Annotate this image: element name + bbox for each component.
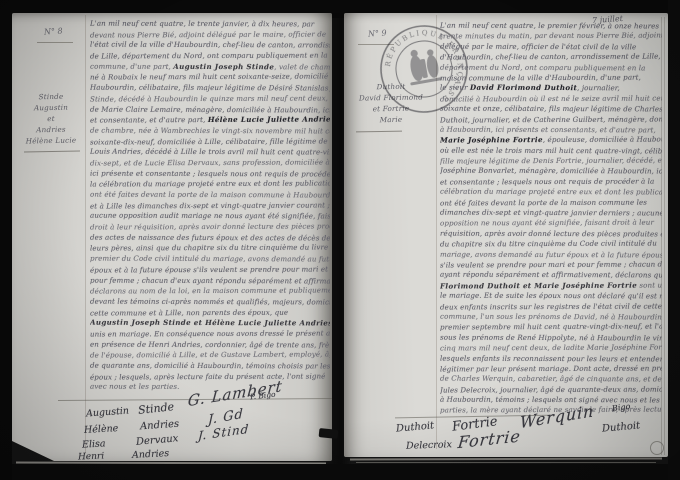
- text-segment: lesquels enfants ils reconnaissent pour …: [440, 353, 662, 363]
- text-segment: trente minutes du matin, par devant nous…: [440, 31, 662, 41]
- bold-name-segment: Augustin Joseph Stinde et Hélène Lucie J…: [90, 318, 330, 328]
- text-segment: ayant répondu séparément et affirmativem…: [440, 270, 662, 280]
- page-right: 7 juillet N° 9 DuthoitDavid Florimondet …: [344, 13, 668, 457]
- text-segment: de quarante ans, domicilié à Haubourdin,…: [90, 361, 330, 371]
- text-line: premier septembre mil huit cent quatre-v…: [440, 322, 662, 333]
- text-segment: à Haubourdin, ici présents et consentant…: [440, 125, 656, 135]
- text-line: dix-sept, et de Lucie Elisa Dervaux, san…: [90, 157, 330, 169]
- text-segment: le mariage. Et de suite les époux nous o…: [440, 291, 662, 301]
- text-line: et consentante, et d'autre part, Hélène …: [90, 115, 330, 127]
- text-line: Stinde, décédé à Haubourdin le quinze ma…: [90, 93, 330, 105]
- text-segment: de Lille, département du Nord, ont compa…: [90, 50, 330, 60]
- act-number-left: N° 8: [44, 27, 63, 37]
- text-line: devant les témoins ci-après nommés et qu…: [90, 296, 330, 308]
- text-segment: unis en mariage. En conséquence nous avo…: [90, 328, 330, 338]
- text-line: le sieur David Florimond Duthoit, journa…: [440, 83, 662, 94]
- text-line: Marie Joséphine Fortrie, épouleuse, domi…: [440, 135, 662, 146]
- photo-border-right: [668, 0, 680, 480]
- text-segment: délégué par le maire, officier de l'état…: [440, 41, 636, 51]
- margin-name-line: Hélène Lucie: [20, 134, 82, 146]
- text-segment: , journalier,: [577, 83, 620, 92]
- margin-rule: [85, 15, 86, 453]
- text-segment: Duthoit, journalier, et de Catherine Gui…: [440, 114, 662, 124]
- text-line: Augustin Joseph Stinde et Hélène Lucie J…: [90, 318, 330, 330]
- signature: Stinde: [137, 400, 174, 417]
- text-line: ayant répondu séparément et affirmativem…: [440, 270, 662, 281]
- signature: Augustin: [86, 406, 130, 420]
- text-segment: avec nous et les parties.: [90, 382, 180, 391]
- text-segment: commune, l'un sous les prénoms de David,…: [440, 312, 662, 322]
- text-segment: ici présente et consentante ; lesquels n…: [90, 168, 330, 178]
- signature: Andries: [140, 419, 180, 433]
- text-segment: leurs pères, ainsi que du chapitre six d…: [90, 243, 328, 253]
- text-segment: domicilié à Haubourdin où il est né le s…: [440, 93, 662, 103]
- margin-names-left: StindeAugustinetAndriesHélène Lucie: [20, 91, 82, 146]
- text-line: premier du Code civil intitulé du mariag…: [90, 254, 330, 266]
- text-segment: Stinde, décédé à Haubourdin le quinze ma…: [90, 93, 330, 103]
- text-segment: époux et à la future épouse s'ils veulen…: [90, 264, 328, 274]
- act-number-underline: [37, 42, 73, 43]
- text-segment: premier septembre mil huit cent quatre-v…: [440, 322, 662, 332]
- text-segment: soixante-dix-neuf, domiciliée à Lille, c…: [90, 136, 330, 146]
- text-line: deux enfants inscrits sur les registres …: [440, 301, 662, 312]
- photo-border-bottom: [0, 464, 680, 480]
- text-segment: , valet de chambre,: [274, 62, 330, 71]
- text-segment: pour femme ; chacun d'eux ayant répondu …: [90, 275, 330, 285]
- text-segment: légitimer par leur présent mariage. Dont…: [440, 363, 662, 373]
- page-left: N° 8 StindeAugustinetAndriesHélène Lucie…: [12, 13, 332, 461]
- signature: Elisa: [82, 438, 106, 450]
- text-segment: commune, d'une part,: [90, 61, 173, 70]
- signature: Delecroix: [406, 439, 452, 452]
- text-segment: Haubourdin, célibataire, fils majeur lég…: [90, 83, 330, 93]
- bold-name-segment: Florimond Duthoit et Marie Joséphine For…: [440, 280, 637, 290]
- text-segment: déclarons au nom de la loi, en la maison…: [90, 286, 330, 296]
- text-line: d'Haubourdin, chef-lieu de canton, arron…: [440, 52, 662, 63]
- text-line: opposition ne nous ayant été signifiée, …: [440, 218, 662, 229]
- text-segment: du chapitre six du titre cinquième du Co…: [440, 239, 657, 249]
- text-segment: et à Lille les dimanches dix-sept et vin…: [90, 200, 330, 210]
- text-line: de Charles Werquin, cabaretier, âgé de c…: [440, 374, 662, 385]
- photo-border-top: [0, 0, 680, 13]
- text-line: département du Nord, ont comparu publiqu…: [440, 62, 662, 73]
- text-line: déclarons au nom de la loi, en la maison…: [90, 286, 330, 298]
- text-segment: l'état civil de la ville d'Haubourdin, c…: [90, 40, 330, 50]
- text-segment: devant nous Pierre Bié, adjoint délégué …: [90, 29, 326, 39]
- text-segment: deux enfants inscrits sur les registres …: [440, 301, 662, 311]
- text-segment: cinq mars mil neuf cent deux, de ladite …: [440, 343, 662, 353]
- signature: Andries: [132, 448, 170, 461]
- text-segment: devant les témoins ci-après nommés et qu…: [90, 296, 330, 306]
- text-segment: réquisition, après avoir donné lecture d…: [440, 228, 662, 238]
- bold-name-segment: Hélène Lucie Juliette Andries: [208, 115, 330, 125]
- text-segment: L'an mil neuf cent quatre, le trente jan…: [90, 19, 314, 28]
- text-segment: époux ; lesquels, après lecture faite du…: [90, 371, 325, 381]
- text-segment: de chambre, née à Wambrechies le vingt-s…: [90, 125, 330, 135]
- margin-underline: [24, 151, 80, 153]
- page-edge: [350, 457, 662, 460]
- signature: Hélène: [84, 423, 119, 436]
- text-segment: en présence de Henri Andries, cordonnier…: [90, 339, 330, 349]
- text-segment: sont unis par: [637, 280, 662, 289]
- text-segment: aucune opposition audit mariage ne nous …: [90, 211, 330, 221]
- text-segment: Jules Delecroix, journalier, âgé de quar…: [440, 384, 662, 394]
- text-segment: de Charles Werquin, cabaretier, âgé de c…: [440, 374, 662, 384]
- text-segment: département du Nord, ont comparu publiqu…: [440, 62, 645, 72]
- signature-flourish: J. Stind: [198, 422, 250, 443]
- text-segment: des actes de naissance des futurs époux …: [90, 232, 330, 242]
- text-segment: né à Roubaix le neuf mars mil huit cent …: [90, 72, 330, 82]
- text-segment: fille majeure légitime de Denis Fortrie,…: [440, 156, 662, 166]
- text-segment: de l'épouse, domicilié à Lille, et de Gu…: [90, 350, 330, 360]
- text-segment: ont été faites devant la porte de la mai…: [90, 190, 330, 200]
- text-segment: s'ils veulent se prendre pour mari et po…: [440, 259, 662, 269]
- text-line: célébration du mariage projeté entre eux…: [440, 187, 662, 198]
- page-edge: [356, 462, 656, 463]
- margin-underline: [356, 131, 402, 133]
- text-segment: d'Haubourdin, chef-lieu de canton, arron…: [440, 52, 661, 62]
- text-line: de chambre, née à Wambrechies le vingt-s…: [90, 125, 330, 137]
- signature: Duthoit: [602, 420, 641, 434]
- text-segment: de Marie Claire Lemaire, ménagère, domic…: [90, 104, 330, 114]
- text-segment: ont été faites devant la porte de la mai…: [440, 197, 647, 207]
- text-segment: , épouleuse, domiciliée à Haubourdin,: [543, 135, 662, 145]
- corner-blemish: [650, 441, 664, 455]
- text-segment: maison commune de la ville d'Haubourdin,…: [440, 73, 641, 83]
- text-line: Haubourdin, célibataire, fils majeur lég…: [90, 83, 330, 95]
- text-line: de Lille, département du Nord, ont compa…: [90, 51, 330, 63]
- text-segment: mariage, avons demandé au futur époux et…: [440, 249, 662, 259]
- text-segment: cette commune et à Lille, non parents de…: [90, 307, 288, 317]
- text-segment: L'an mil neuf cent quatre, le premier fé…: [440, 21, 659, 30]
- stamp-emblem: [405, 46, 443, 86]
- text-line: trente minutes du matin, par devant nous…: [440, 31, 662, 42]
- act-text-right: L'an mil neuf cent quatre, le premier fé…: [440, 21, 662, 416]
- text-line: de quarante ans, domicilié à Haubourdin,…: [90, 361, 330, 373]
- text-segment: soixante et onze, célibataire, fils maje…: [440, 104, 662, 114]
- text-line: unis en mariage. En conséquence nous avo…: [90, 328, 330, 340]
- text-segment: Louis Andries, décédé à Lille le trois a…: [90, 147, 330, 157]
- text-line: droit à leur réquisition, après avoir do…: [90, 222, 330, 234]
- photo-border-left: [0, 0, 12, 480]
- text-segment: et consentante ; lesquels nous ont requi…: [440, 176, 654, 186]
- text-segment: droit à leur réquisition, après avoir do…: [90, 221, 330, 231]
- text-segment: premier du Code civil intitulé du mariag…: [90, 254, 330, 264]
- bold-name-segment: Marie Joséphine Fortrie: [440, 135, 543, 144]
- text-line: du chapitre six du titre cinquième du Co…: [440, 239, 662, 250]
- text-line: Louis Andries, décédé à Lille le trois a…: [90, 147, 330, 159]
- text-segment: le sieur: [440, 83, 470, 92]
- text-segment: dimanches dix-sept et vingt-quatre janvi…: [440, 208, 662, 218]
- text-line: L'an mil neuf cent quatre, le trente jan…: [90, 19, 330, 30]
- binding-clip: [319, 428, 339, 439]
- text-segment: et consentante, et d'autre part,: [90, 115, 208, 125]
- text-line: Duthoit, journalier, et de Catherine Gui…: [440, 114, 662, 125]
- act-text-left: L'an mil neuf cent quatre, le trente jan…: [90, 19, 330, 393]
- text-line: époux et à la future épouse s'ils veulen…: [90, 264, 330, 276]
- register-photo: N° 8 StindeAugustinetAndriesHélène Lucie…: [0, 0, 680, 480]
- text-line: ont été faites devant la porte de la mai…: [90, 190, 330, 202]
- text-segment: sous les prénoms de René Hippolyte, né à…: [440, 332, 662, 342]
- text-line: lesquels enfants ils reconnaissent pour …: [440, 353, 662, 364]
- text-segment: Joséphine Bonvarlet, ménagère, domicilié…: [440, 166, 662, 176]
- text-segment: opposition ne nous ayant été signifiée, …: [440, 218, 654, 228]
- text-segment: dix-sept, et de Lucie Elisa Dervaux, san…: [90, 157, 330, 167]
- text-segment: la célébration du mariage projeté entre …: [90, 179, 330, 189]
- text-segment: célébration du mariage projeté entre eux…: [440, 187, 662, 197]
- signature: Duthoit: [396, 420, 435, 434]
- text-line: Joséphine Bonvarlet, ménagère, domicilié…: [440, 166, 662, 177]
- text-line: soixante et onze, célibataire, fils maje…: [440, 104, 662, 115]
- text-line: cinq mars mil neuf cent deux, de ladite …: [440, 343, 662, 354]
- bold-name-segment: David Florimond Duthoit: [470, 83, 577, 92]
- text-segment: où elle est née le trois mars mil huit c…: [440, 145, 662, 155]
- signature: Dervaux: [136, 433, 179, 448]
- text-line: le mariage. Et de suite les époux nous o…: [440, 291, 662, 302]
- bold-name-segment: Augustin Joseph Stinde: [173, 62, 274, 71]
